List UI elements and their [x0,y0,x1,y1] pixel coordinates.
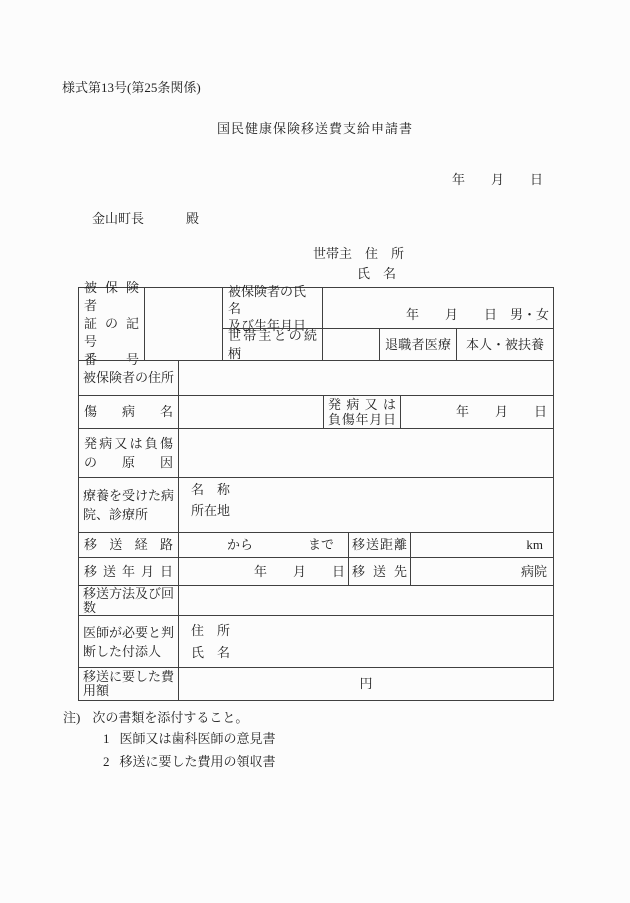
cert-label-line1: 被 保 険 者 [84,279,139,315]
hospital-label-line2: 院、診療所 [83,505,174,524]
cause-field [178,428,554,478]
notes-heading-line: 注) 次の書類を添付すること。 [63,709,248,727]
relation-field [322,328,380,361]
onset-date-label: 発 病 又 は 負傷年月日 [323,395,401,429]
note-item: 2 移送に要した費用の領収書 [103,753,276,771]
retiree-medical-value: 本人・被扶養 [456,328,554,361]
attendant-label: 医師が必要と判 断した付添人 [78,615,179,668]
insured-cert-number-field [144,287,223,361]
cost-field: 円 [178,667,554,701]
distance-label: 移送距離 [348,532,411,558]
insured-name-dob-field: 年 月 日 男・女 [322,287,554,329]
hospital-field: 名 称 所在地 [178,477,554,533]
householder-address-line: 世帯主 住 所 [313,244,404,264]
addressee-name: 金山町長 [92,210,144,228]
injury-name-label: 傷 病 名 [78,395,179,429]
insured-name-dob-label: 被保険者の氏名 及び生年月日 [222,287,323,329]
method-label-line1: 移送方法及び回 [83,587,174,601]
route-from-label: から [227,536,253,554]
name-dob-label-line1: 被保険者の氏名 [228,283,317,317]
attendant-label-line2: 断した付添人 [83,642,174,661]
route-label: 移 送 経 路 [78,532,179,558]
distance-field: km [410,532,554,558]
insured-address-field [178,360,554,396]
cause-label-line2: の 原 因 [84,453,173,472]
note-item-text: 移送に要した費用の領収書 [120,753,276,771]
destination-field: 病院 [410,557,554,586]
route-to-label: まで [308,536,334,554]
cost-label: 移送に要した費 用額 [78,667,179,701]
route-field: から まで [178,532,349,558]
method-field [178,585,554,616]
cause-label-line1: 発病又は負傷 [84,434,173,453]
transfer-date-field: 年 月 日 [178,557,349,586]
addressee-honorific: 殿 [186,210,199,228]
onset-date-field: 年 月 日 [400,395,554,429]
insured-cert-number-label: 被 保 険 者 証 の 記 号 番 号 [78,287,145,361]
hospital-location-label: 所在地 [191,502,541,520]
householder-block: 世帯主 住 所 氏 名 [313,244,404,284]
method-label-line2: 数 [83,601,174,615]
hospital-label-line1: 療養を受けた病 [83,486,174,505]
injury-name-field [178,395,324,429]
transfer-date-label: 移 送 年 月 日 [78,557,179,586]
page-title: 国民健康保険移送費支給申請書 [0,120,630,138]
form-document: 様式第13号(第25条関係) 国民健康保険移送費支給申請書 年 月 日 金山町長… [0,0,630,903]
notes-heading: 次の書類を添付すること。 [92,709,248,727]
method-label: 移送方法及び回 数 [78,585,179,616]
insured-address-label: 被保険者の住所 [78,360,179,396]
note-item-number: 1 [103,730,110,748]
hospital-label: 療養を受けた病 院、診療所 [78,477,179,533]
cost-label-line2: 用額 [83,684,174,698]
retiree-medical-label: 退職者医療 [379,328,457,361]
householder-name-line: 氏 名 [357,264,404,284]
note-item: 1 医師又は歯科医師の意見書 [103,730,276,748]
onset-label-line1: 発 病 又 は [328,397,396,412]
relation-label: 世帯主との続柄 [222,328,323,361]
notes-prefix: 注) [63,709,80,727]
addressee-line: 金山町長 殿 [92,210,199,228]
destination-label: 移 送 先 [348,557,411,586]
attendant-address-label: 住 所 [191,622,541,640]
date-line: 年 月 日 [452,171,543,189]
onset-label-line2: 負傷年月日 [328,412,396,427]
attendant-label-line1: 医師が必要と判 [83,623,174,642]
note-item-number: 2 [103,753,110,771]
hospital-name-label: 名 称 [191,481,541,499]
cert-label-line2: 証 の 記 号 [84,315,139,351]
form-number: 様式第13号(第25条関係) [62,79,201,97]
cost-label-line1: 移送に要した費 [83,670,174,684]
cause-label: 発病又は負傷 の 原 因 [78,428,179,478]
attendant-field: 住 所 氏 名 [178,615,554,668]
attendant-name-label: 氏 名 [191,644,541,662]
note-item-text: 医師又は歯科医師の意見書 [120,730,276,748]
